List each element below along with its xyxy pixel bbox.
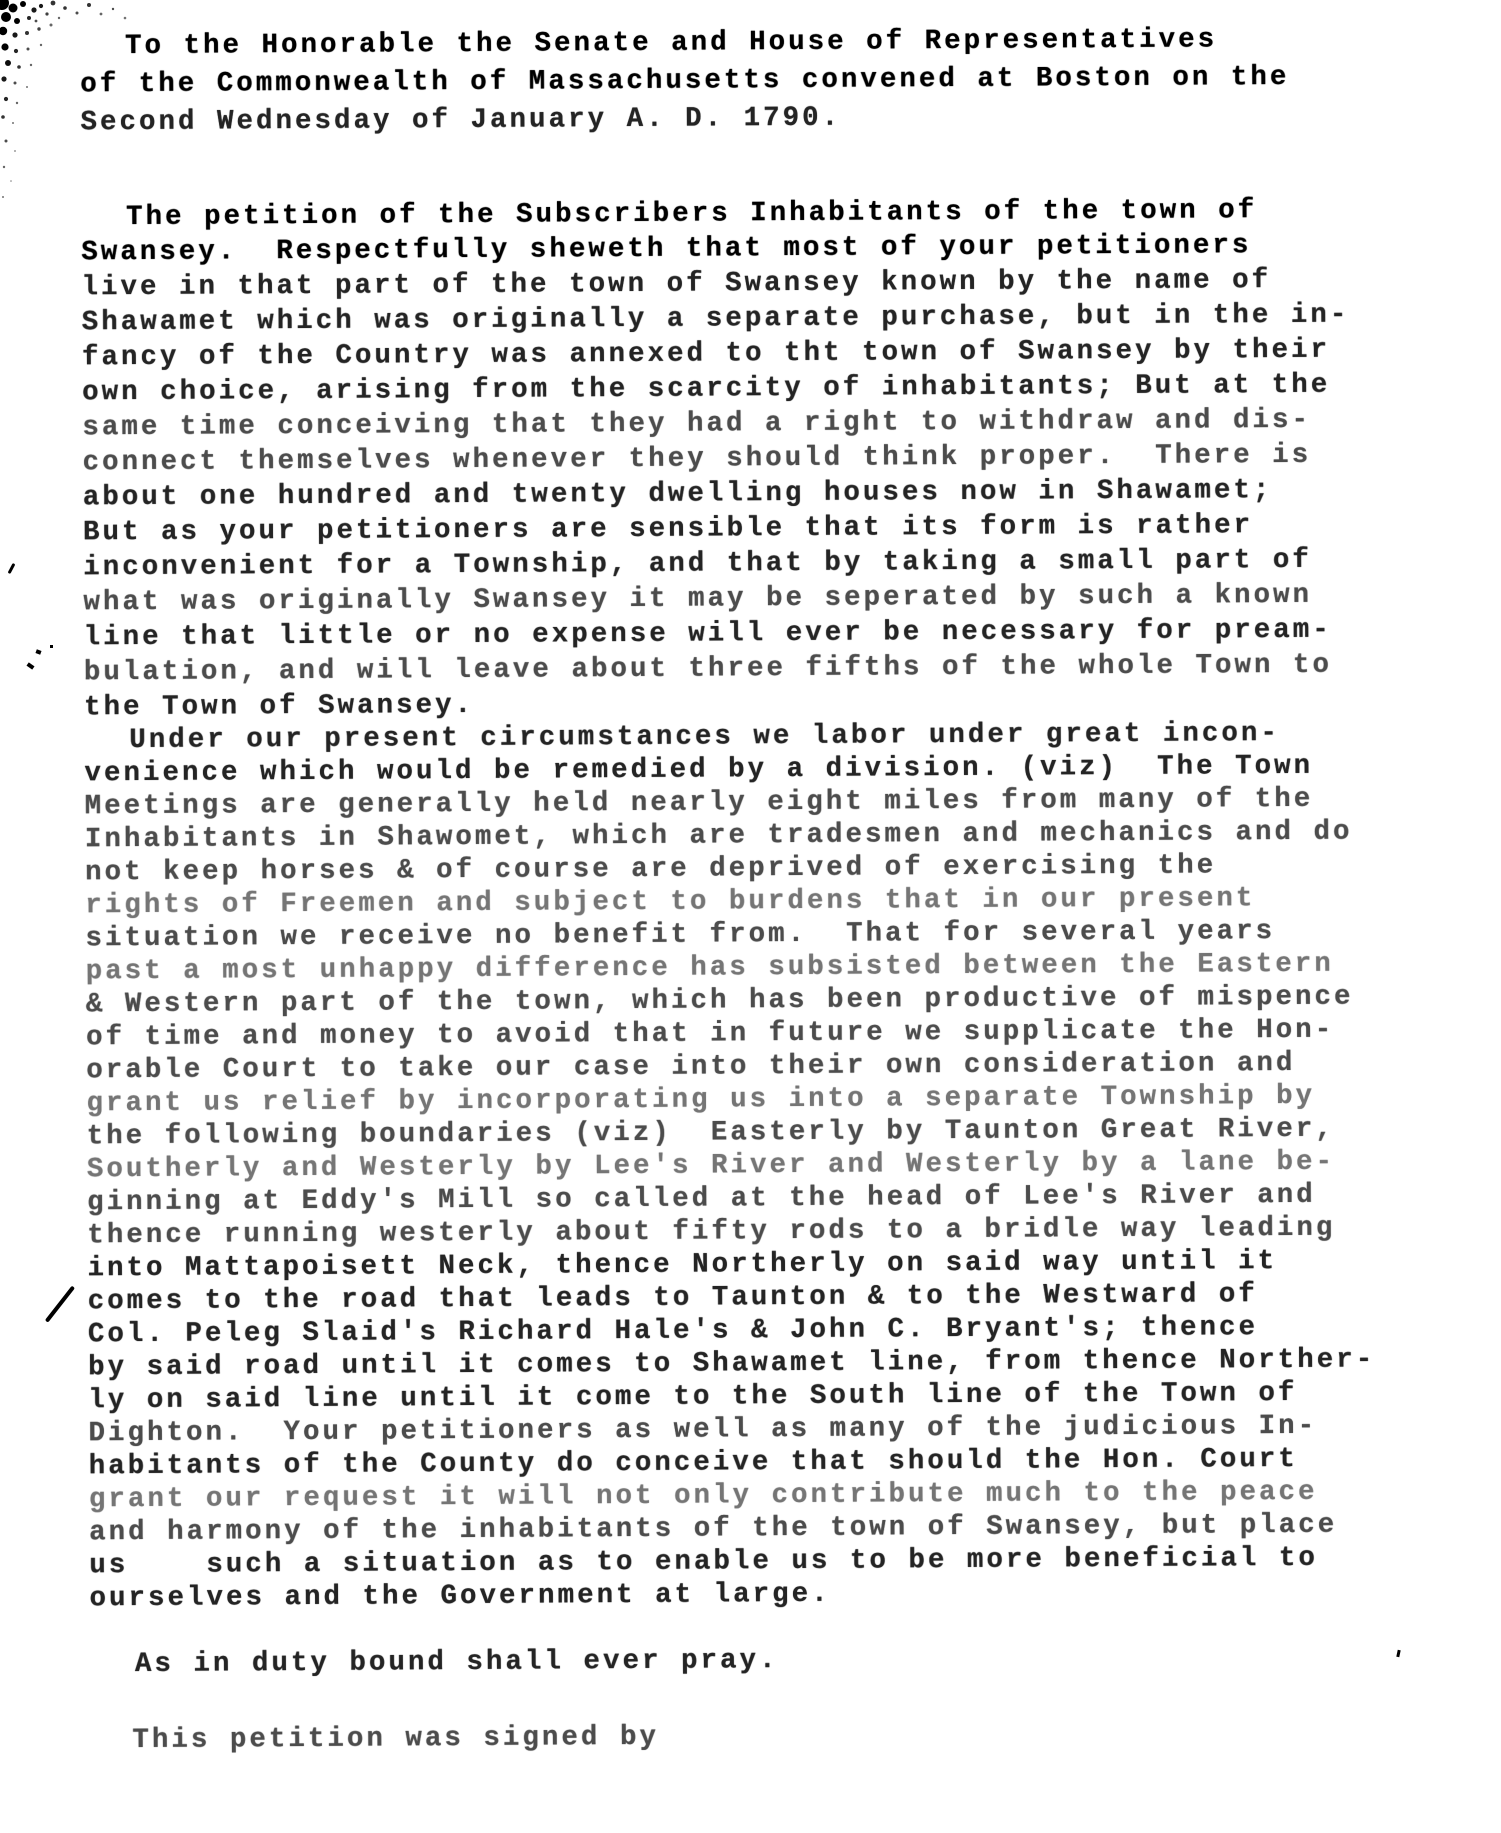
attestation-line: This petition was signed by xyxy=(132,1721,659,1758)
petition-text: To the Honorable the Senate and House of… xyxy=(80,0,1491,1833)
attestation-text: This petition was signed by xyxy=(132,1721,659,1758)
apostrophe-stray-mark xyxy=(8,563,16,574)
petition-paragraph-2: Under our present circumstances we labor… xyxy=(84,716,1377,1615)
closing-line: As in duty bound shall ever pray. xyxy=(135,1644,779,1682)
salutation-block: To the Honorable the Senate and House of… xyxy=(80,21,1290,142)
closing-text: As in duty bound shall ever pray. xyxy=(135,1644,779,1682)
dot-cluster-mark xyxy=(35,649,41,654)
text-line: ourselves and the Government at large. xyxy=(89,1574,1376,1615)
backslash-pen-mark xyxy=(45,1286,75,1323)
text-line: Second Wednesday of January A. D. 1790. xyxy=(80,97,1289,142)
document-page: To the Honorable the Senate and House of… xyxy=(0,0,1501,1833)
dot-cluster-mark xyxy=(50,645,53,648)
petition-paragraph-1: The petition of the Subscribers Inhabita… xyxy=(81,193,1352,726)
dot-cluster-mark xyxy=(26,662,34,669)
